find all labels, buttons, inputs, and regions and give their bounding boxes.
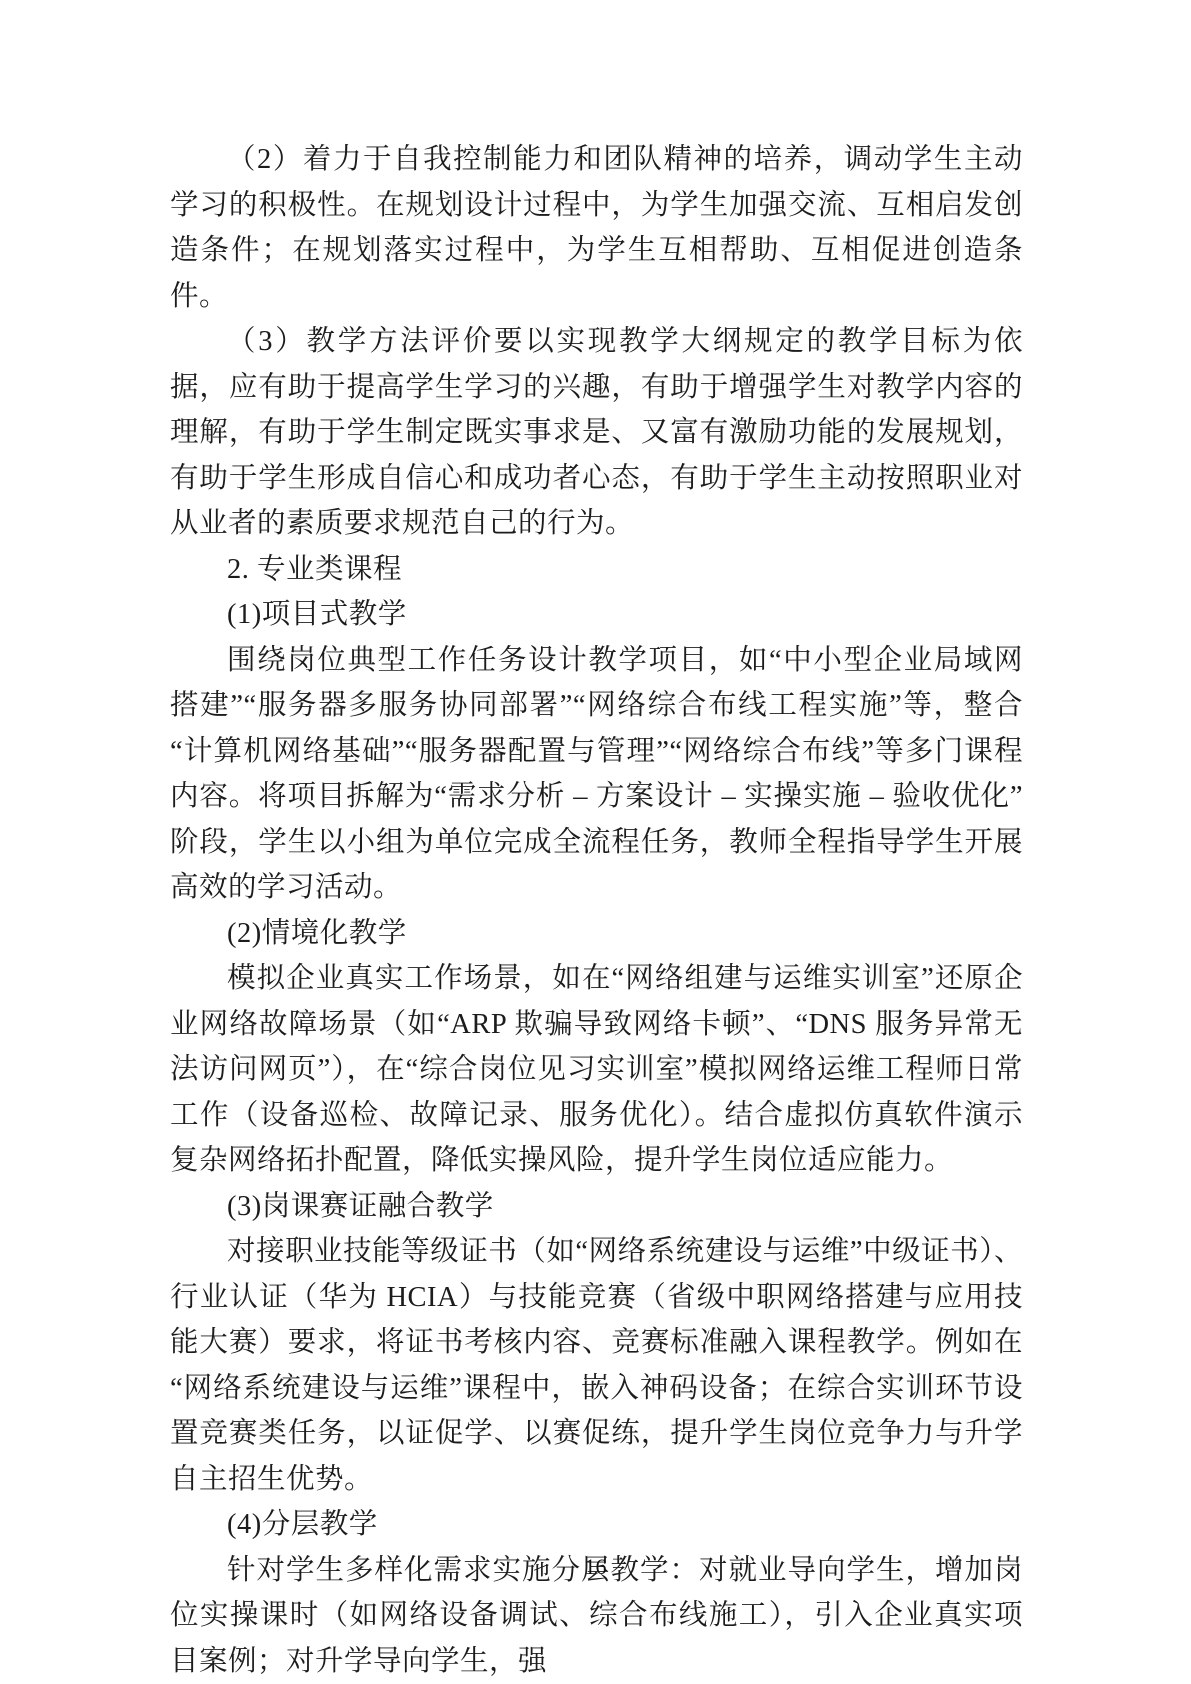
paragraph-project-based-teaching: 围绕岗位典型工作任务设计教学项目，如“中小型企业局域网搭建”“服务器多服务协同部…	[170, 638, 1023, 911]
paragraph-situational-teaching: 模拟企业真实工作场景，如在“网络组建与运维实训室”还原企业网络故障场景（如“AR…	[170, 956, 1023, 1184]
subheading-layered-teaching: (4)分层教学	[170, 1502, 1023, 1548]
paragraph-post-course-competition-certificate-teaching: 对接职业技能等级证书（如“网络系统建设与运维”中级证书）、行业认证（华为 HCI…	[170, 1229, 1023, 1502]
paragraph-self-control-teamwork: （2）着力于自我控制能力和团队精神的培养，调动学生主动学习的积极性。在规划设计过…	[170, 137, 1023, 319]
subheading-post-course-competition-certificate-teaching: (3)岗课赛证融合教学	[170, 1184, 1023, 1230]
page-body-text: （2）着力于自我控制能力和团队精神的培养，调动学生主动学习的积极性。在规划设计过…	[170, 137, 1023, 1684]
paragraph-teaching-method-evaluation: （3）教学方法评价要以实现教学大纲规定的教学目标为依据，应有助于提高学生学习的兴…	[170, 319, 1023, 547]
heading-professional-courses: 2. 专业类课程	[170, 547, 1023, 593]
subheading-situational-teaching: (2)情境化教学	[170, 911, 1023, 957]
subheading-project-based-teaching: (1)项目式教学	[170, 592, 1023, 638]
page-number: 16	[0, 1552, 1191, 1582]
document-page: （2）着力于自我控制能力和团队精神的培养，调动学生主动学习的积极性。在规划设计过…	[0, 0, 1191, 1684]
